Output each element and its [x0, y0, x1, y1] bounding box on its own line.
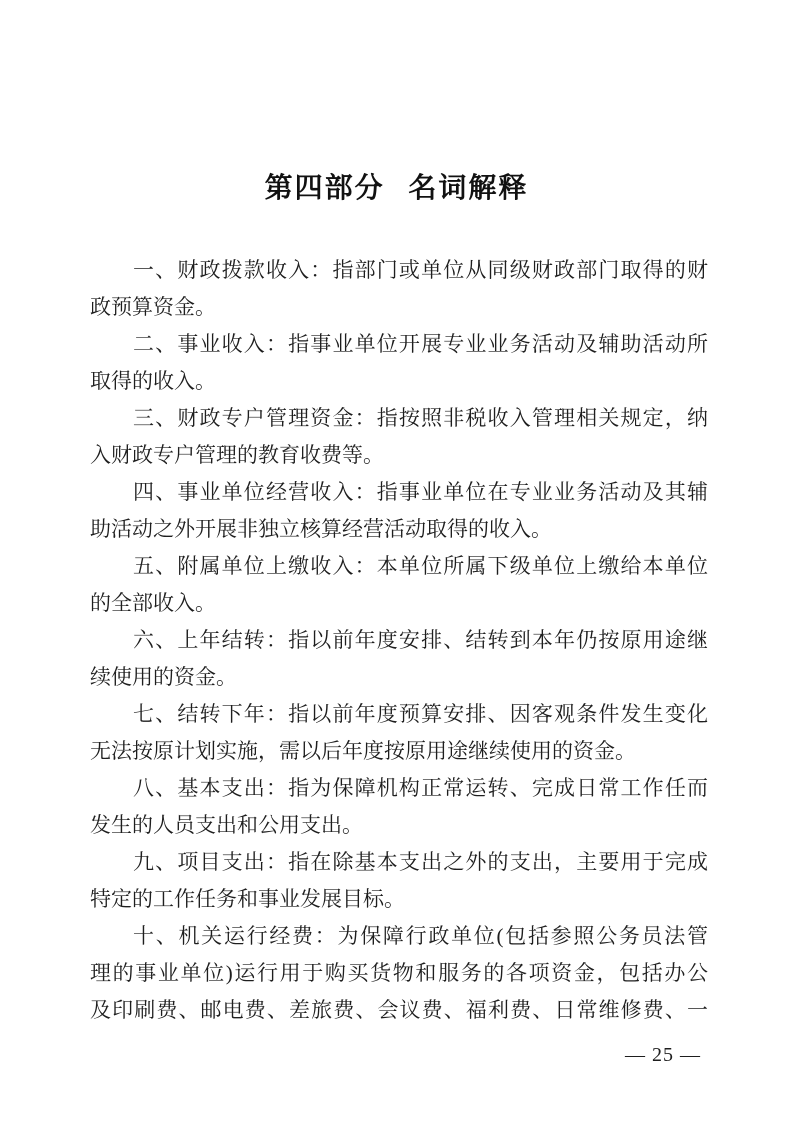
text-line: 发生的人员支出和公用支出。 — [90, 807, 708, 844]
text-line: 的全部收入。 — [90, 585, 708, 622]
text-line: 取得的收入。 — [90, 363, 708, 400]
page-number: — 25 — — [625, 1042, 701, 1068]
text-line: 四、事业单位经营收入：指事业单位在专业业务活动及其辅 — [90, 474, 708, 511]
document-page: 第四部分 名词解释 一、财政拨款收入：指部门或单位从同级财政部门取得的财政预算资… — [0, 0, 793, 1122]
text-line: 九、项目支出：指在除基本支出之外的支出，主要用于完成 — [90, 844, 708, 881]
text-line: 无法按原计划实施，需以后年度按原用途继续使用的资金。 — [90, 733, 708, 770]
text-line: 助活动之外开展非独立核算经营活动取得的收入。 — [90, 511, 708, 548]
text-line: 七、结转下年：指以前年度预算安排、因客观条件发生变化 — [90, 696, 708, 733]
text-line: 十、机关运行经费：为保障行政单位(包括参照公务员法管 — [90, 918, 708, 955]
text-line: 五、附属单位上缴收入：本单位所属下级单位上缴给本单位 — [90, 548, 708, 585]
text-line: 特定的工作任务和事业发展目标。 — [90, 881, 708, 918]
text-line: 入财政专户管理的教育收费等。 — [90, 437, 708, 474]
text-line: 三、财政专户管理资金：指按照非税收入管理相关规定，纳 — [90, 400, 708, 437]
text-line: 六、上年结转：指以前年度安排、结转到本年仍按原用途继 — [90, 622, 708, 659]
text-line: 八、基本支出：指为保障机构正常运转、完成日常工作任而 — [90, 770, 708, 807]
text-line: 政预算资金。 — [90, 289, 708, 326]
text-line: 一、财政拨款收入：指部门或单位从同级财政部门取得的财 — [90, 252, 708, 289]
page-title: 第四部分 名词解释 — [0, 170, 793, 206]
text-line: 二、事业收入：指事业单位开展专业业务活动及辅助活动所 — [90, 326, 708, 363]
text-line: 理的事业单位)运行用于购买货物和服务的各项资金，包括办公 — [90, 955, 708, 992]
text-line: 及印刷费、邮电费、差旅费、会议费、福利费、日常维修费、一 — [90, 992, 708, 1029]
text-line: 续使用的资金。 — [90, 659, 708, 696]
body-text: 一、财政拨款收入：指部门或单位从同级财政部门取得的财政预算资金。二、事业收入：指… — [90, 252, 708, 1029]
